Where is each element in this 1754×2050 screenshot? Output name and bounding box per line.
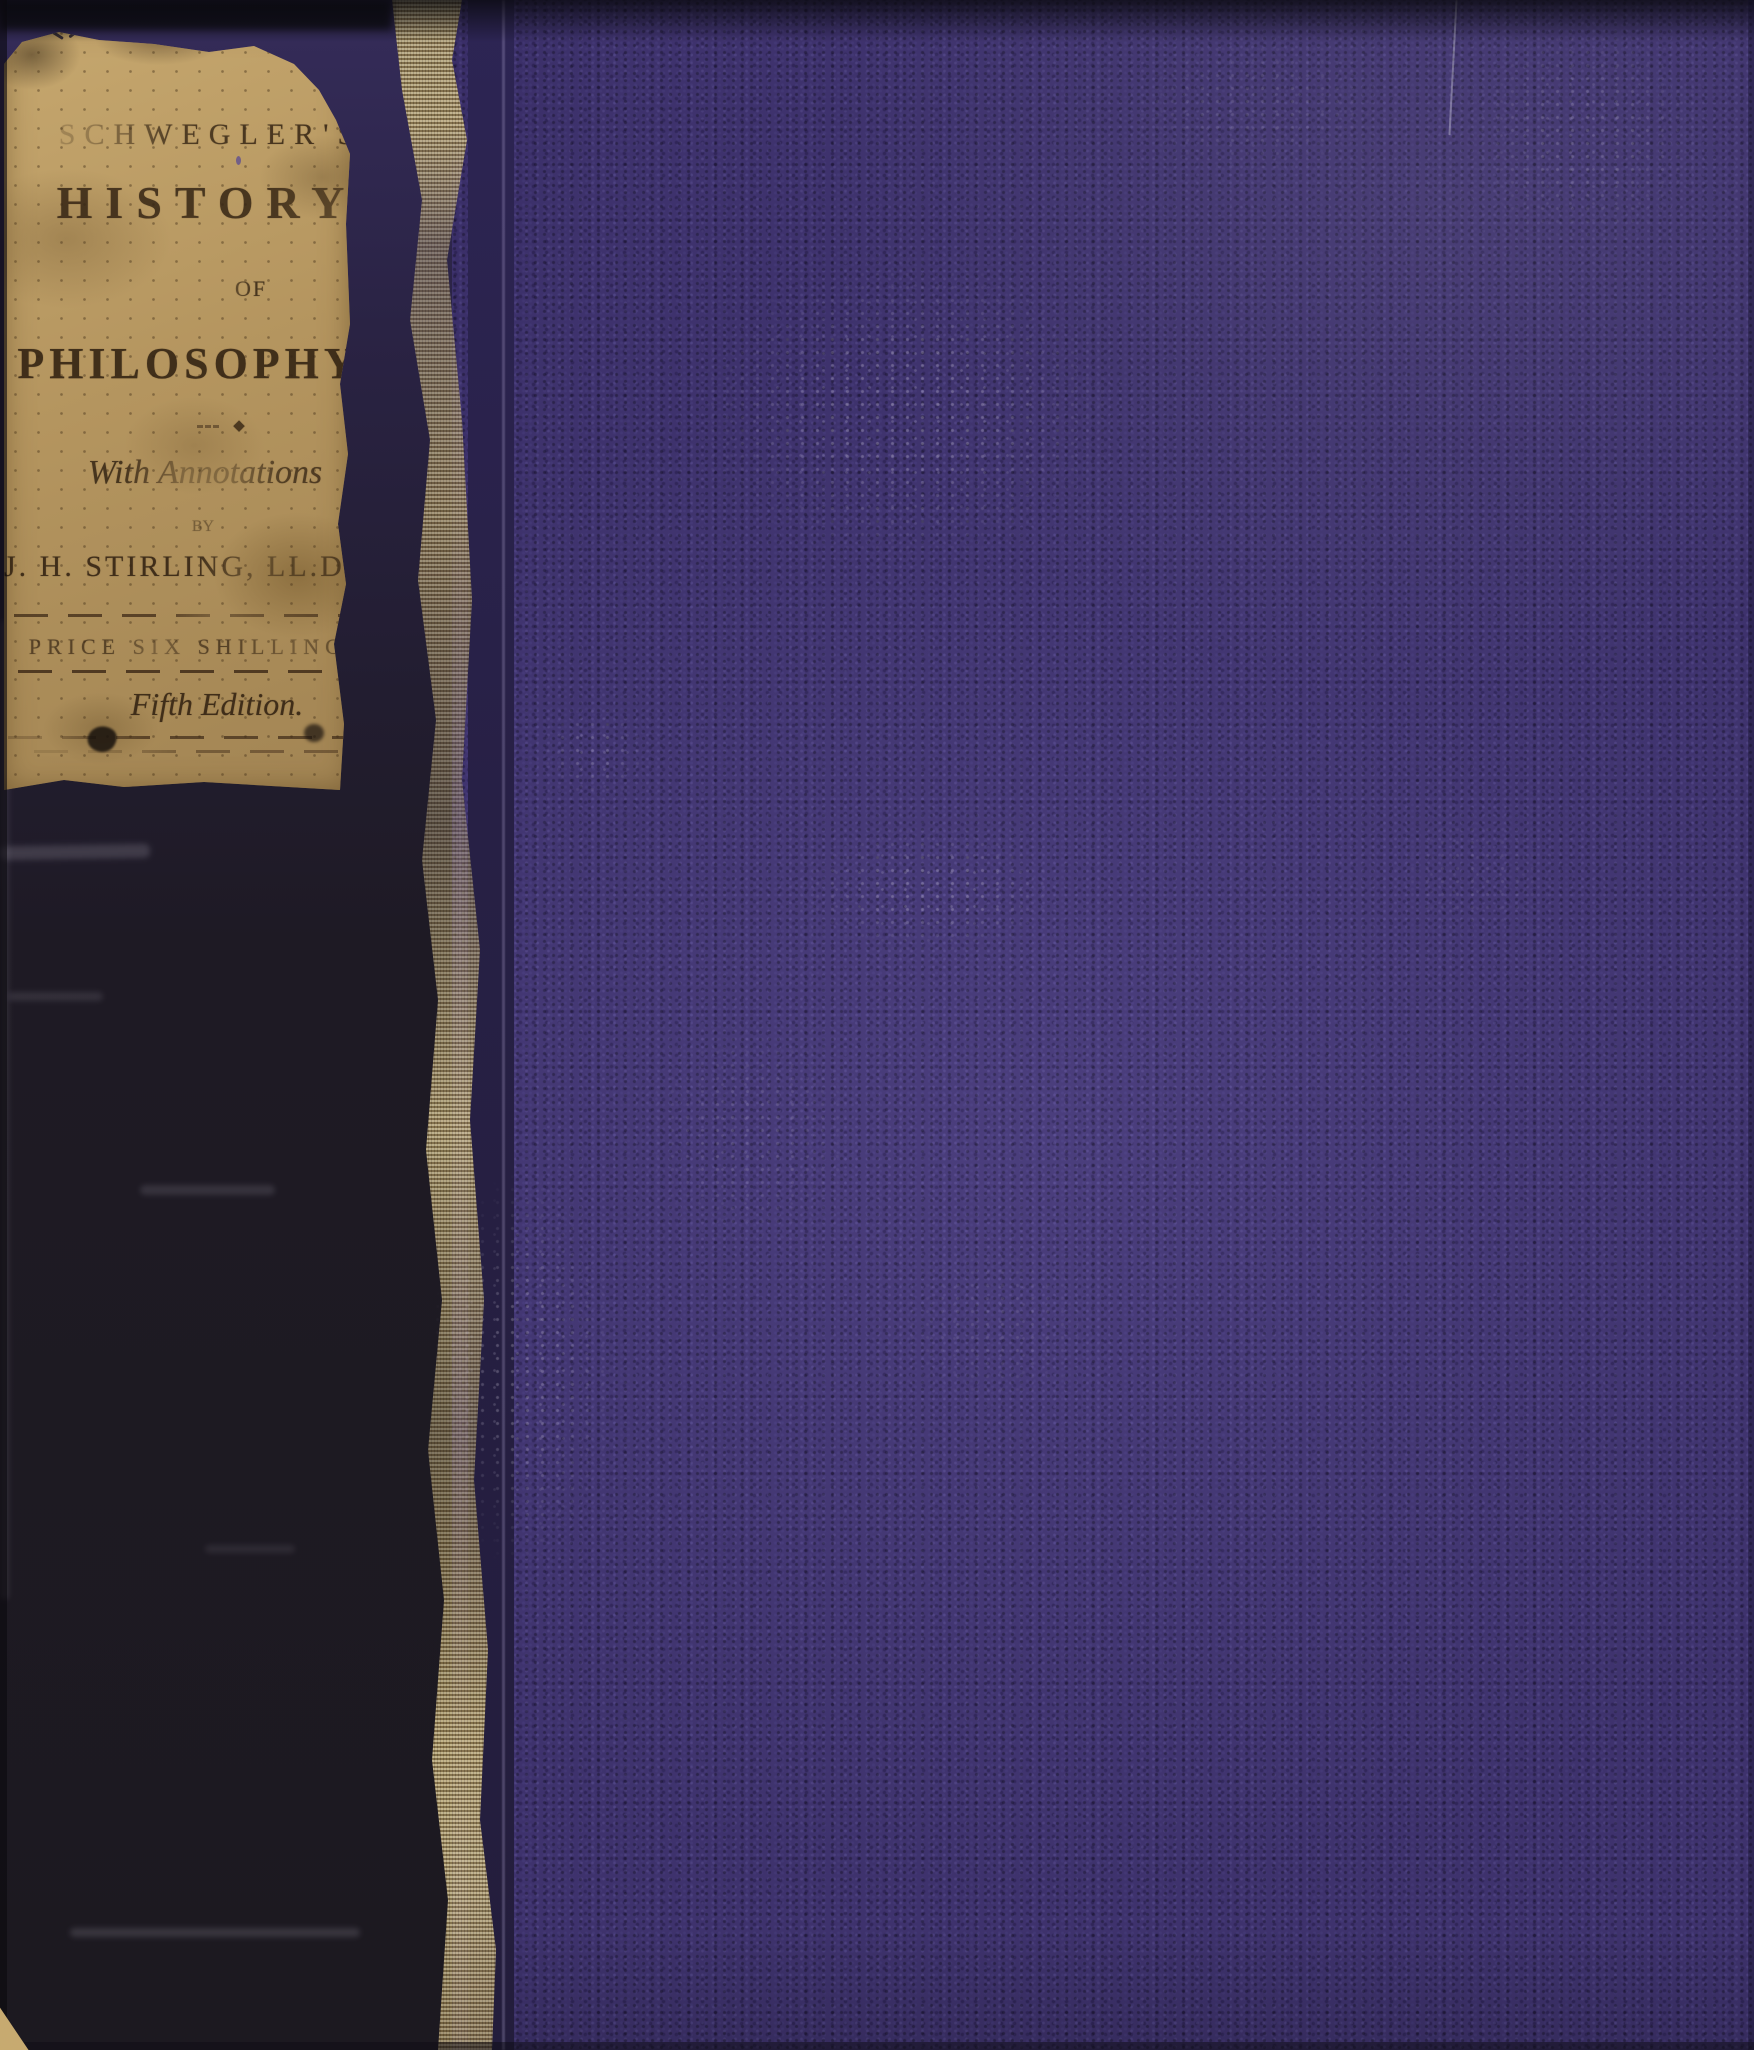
wear-speckles [890, 1240, 1100, 1410]
spine-wear-streak [8, 992, 103, 1001]
label-divider [34, 750, 346, 753]
wear-speckles [635, 1020, 865, 1250]
top-edge-shadow [0, 0, 1754, 42]
wear-speckles [795, 825, 1065, 955]
ornament-dash [197, 425, 219, 428]
label-edition: Fifth Edition. [4, 686, 390, 723]
label-by: BY [4, 518, 376, 536]
wear-speckles [1120, 30, 1390, 180]
ink-blot [304, 724, 324, 742]
label-divider [14, 614, 342, 617]
label-divider [8, 736, 350, 739]
label-title-philosophy: PHILOSOPHY [4, 338, 362, 389]
label-author: SCHWEGLER'S [4, 118, 384, 152]
label-title-history: HISTORY [4, 176, 380, 229]
label-annotation: With Annotations [4, 454, 378, 492]
book-photo: SCHWEGLER'S HISTORY OF PHILOSOPHY ◆ With… [0, 0, 1754, 2050]
hinge-thread-line [502, 0, 505, 2050]
wear-speckles [1390, 810, 1560, 940]
spine-wear-streak [70, 1928, 360, 1937]
ink-speck [236, 156, 241, 165]
wear-speckles [540, 705, 650, 800]
label-price: PRICE SIX SHILLINGS [4, 634, 370, 660]
left-edge-shadow [0, 0, 7, 2050]
label-divider [18, 670, 338, 673]
spine-wear-streak [0, 844, 150, 861]
wear-speckles [1460, 20, 1710, 250]
spine-wear-streak [205, 1545, 295, 1553]
label-editor: J. H. STIRLING, LL.D. [4, 550, 350, 584]
spine-wear-streak [140, 1185, 275, 1195]
ornament-diamond-icon: ◆ [233, 418, 245, 434]
wear-speckles [430, 1170, 620, 1570]
right-edge-shadow [1748, 0, 1754, 2050]
spine-paper-label: SCHWEGLER'S HISTORY OF PHILOSOPHY ◆ With… [4, 24, 350, 790]
label-ornament: ◆ [4, 416, 394, 435]
bottom-edge-shadow [0, 2042, 1754, 2050]
wear-speckles [690, 255, 1120, 565]
